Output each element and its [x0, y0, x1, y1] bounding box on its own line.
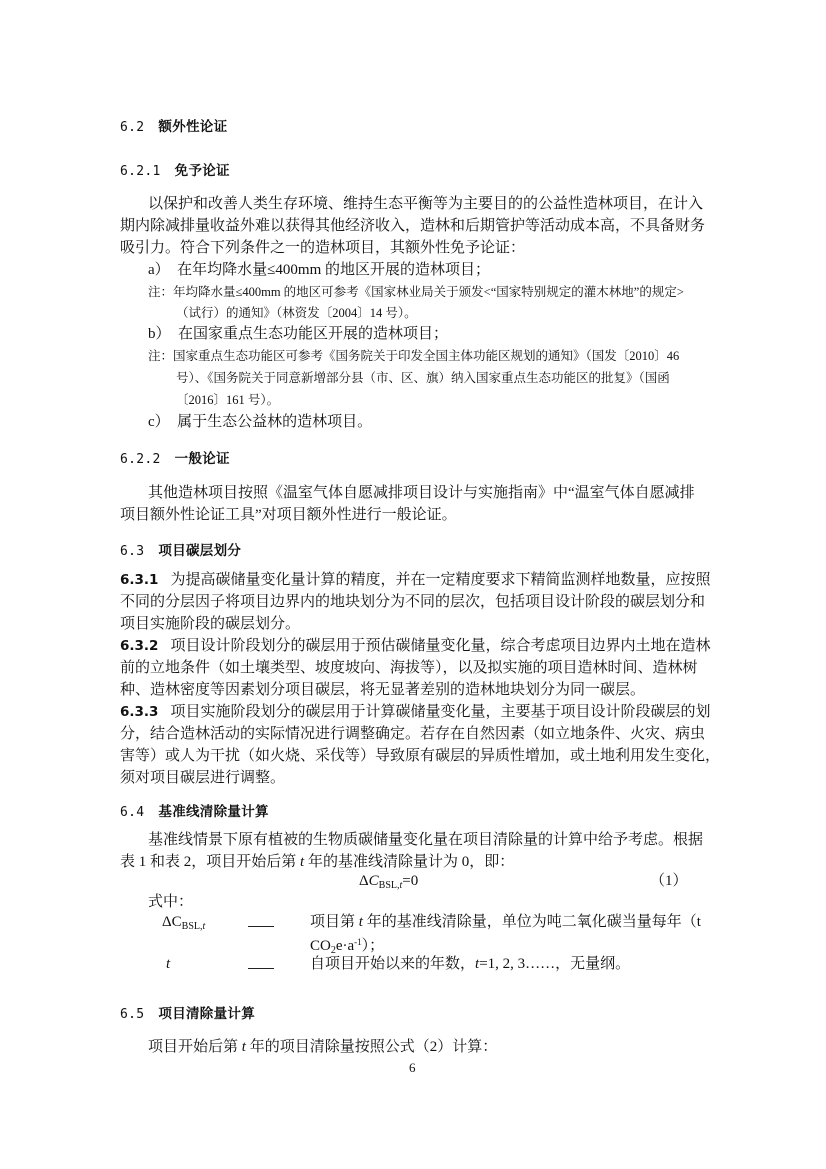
- heading-6-2-2: 6.2.2一般论证: [120, 447, 230, 467]
- heading-6-3: 6.3项目碳层划分: [120, 539, 241, 559]
- def-symbol: ΔCBSL,t: [162, 912, 205, 937]
- clause-number: 6.3.1: [120, 572, 158, 588]
- superscript: -1: [354, 937, 362, 947]
- heading-6-4: 6.4基准线清除量计算: [120, 800, 269, 820]
- note-line: （试行）的通知》（林资发〔2004〕14 号）。: [176, 302, 417, 324]
- section-title: 项目清除量计算: [158, 1006, 255, 1022]
- text-run: 项目开始后第: [148, 1039, 242, 1055]
- list-text: 属于生态公益林的造林项目。: [177, 414, 372, 430]
- section-number: 6.2: [120, 120, 144, 135]
- clause-6-3-3: 6.3.3项目实施阶段划分的碳层用于计算碳储量变化量，主要基于项目设计阶段碳层的…: [120, 702, 710, 723]
- def-description: 项目第 t 年的基准线清除量，单位为吨二氧化碳当量每年（t: [310, 912, 701, 933]
- paragraph-line: 分，结合造林活动的实际情况进行调整确定。若存在自然因素（如立地条件、火灾、病虫: [120, 724, 705, 745]
- text-run: 项目第: [310, 914, 359, 930]
- page-number: 6: [409, 1060, 416, 1076]
- equation-number: （1）: [650, 871, 688, 892]
- paragraph-line: 为提高碳储量变化量计算的精度，并在一定精度要求下精简监测样地数量，应按照: [170, 572, 710, 588]
- paragraph-line: 表 1 和表 2，项目开始后第 t 年的基准线清除量计为 0，即：: [120, 852, 514, 873]
- clause-number: 6.3.2: [120, 638, 158, 654]
- clause-6-3-2: 6.3.2项目设计阶段划分的碳层用于预估碳储量变化量，综合考虑项目边界内土地在造…: [120, 636, 710, 657]
- heading-6-2-1: 6.2.1免予论证: [120, 159, 230, 179]
- section-title: 项目碳层划分: [158, 543, 241, 559]
- formula-rhs: =0: [402, 873, 418, 889]
- text-run: =1, 2, 3……，无量纲。: [479, 956, 630, 972]
- text-run: ）；: [362, 938, 385, 954]
- list-label: a）: [148, 262, 170, 278]
- heading-6-2: 6.2额外性论证: [120, 115, 227, 135]
- section-number: 6.2.1: [120, 164, 161, 179]
- list-text: 在年均降水量≤400mm 的地区开展的造林项目；: [177, 262, 490, 278]
- section-title: 免予论证: [175, 163, 230, 179]
- section-number: 6.5: [120, 1007, 144, 1022]
- note-line: 〔2016〕161 号）。: [176, 389, 279, 411]
- subscript: BSL,: [182, 921, 203, 932]
- list-text: 在国家重点生态功能区开展的造林项目；: [178, 326, 448, 342]
- subscript: BSL,: [379, 880, 400, 891]
- subscript-var: t: [203, 921, 206, 932]
- note-line: 号）、《国务院关于同意新增部分县（市、区、旗）纳入国家重点生态功能区的批复》（国…: [176, 367, 670, 389]
- text-run: 表 1 和表 2，项目开始后第: [120, 854, 300, 870]
- paragraph-line: 前的立地条件（如土壤类型、坡度坡向、海拔等），以及拟实施的项目造林时间、造林树: [120, 658, 698, 679]
- def-symbol: t: [166, 954, 170, 975]
- paragraph-line: 种、造林密度等因素划分项目碳层，将无显著差别的造林地块划分为同一碳层。: [120, 680, 645, 701]
- section-number: 6.4: [120, 805, 144, 820]
- paragraph-line: 期内除减排量收益外难以获得其他经济收入，造林和后期管护等活动成本高，不具备财务: [120, 216, 705, 237]
- paragraph-line: 项目实施阶段的碳层划分。: [120, 614, 300, 635]
- note-line: 注：年均降水量≤400mm 的地区可参考《国家林业局关于颁发<“国家特别规定的灌…: [148, 281, 684, 303]
- heading-6-5: 6.5项目清除量计算: [120, 1002, 255, 1022]
- text-run: 自项目开始以来的年数，: [310, 956, 475, 972]
- text-run: CO: [310, 938, 331, 954]
- list-label: b）: [148, 326, 171, 342]
- paragraph-line: 以保护和改善人类生存环境、维持生态平衡等为主要目的的公益性造林项目，在计入: [148, 194, 703, 215]
- paragraph-line: 项目开始后第 t 年的项目清除量按照公式（2）计算：: [148, 1037, 497, 1058]
- clause-number: 6.3.3: [120, 704, 158, 720]
- section-number: 6.2.2: [120, 452, 161, 467]
- paragraph-line: 害等）或人为干扰（如火烧、采伐等）导致原有碳层的异质性增加，或土地利用发生变化，: [120, 746, 720, 767]
- text-run: 年的基准线清除量，单位为吨二氧化碳当量每年（t: [363, 914, 701, 930]
- dash-separator: [248, 917, 274, 935]
- clause-6-3-1: 6.3.1为提高碳储量变化量计算的精度，并在一定精度要求下精简监测样地数量，应按…: [120, 570, 710, 591]
- symbol: ΔC: [162, 914, 182, 930]
- list-label: c）: [148, 414, 170, 430]
- paragraph-line: 吸引力。符合下列条件之一的造林项目，其额外性免予论证：: [120, 238, 525, 259]
- variable: C: [369, 873, 379, 889]
- list-item-c: c） 属于生态公益林的造林项目。: [148, 412, 372, 433]
- paragraph-line: 项目额外性论证工具”对项目额外性进行一般论证。: [120, 505, 457, 526]
- formula-1: ΔCBSL,t=0: [359, 871, 418, 896]
- text-run: 年的基准线清除量计为 0，即：: [304, 854, 514, 870]
- section-title: 一般论证: [175, 451, 230, 467]
- delta-symbol: Δ: [359, 873, 369, 889]
- list-item-a: a） 在年均降水量≤400mm 的地区开展的造林项目；: [148, 260, 490, 281]
- paragraph-line: 不同的分层因子将项目边界内的地块划分为不同的层次，包括项目设计阶段的碳层划分和: [120, 592, 705, 613]
- paragraph-line: 项目实施阶段划分的碳层用于计算碳储量变化量，主要基于项目设计阶段碳层的划: [170, 704, 710, 720]
- paragraph-line: 基准线情景下原有植被的生物质碳储量变化量在项目清除量的计算中给予考虑。根据: [148, 830, 703, 851]
- paragraph-line: 须对项目碳层进行调整。: [120, 768, 285, 789]
- text-run: e·a: [336, 938, 354, 954]
- paragraph-line: 项目设计阶段划分的碳层用于预估碳储量变化量，综合考虑项目边界内土地在造林: [170, 638, 710, 654]
- section-title: 基准线清除量计算: [158, 804, 268, 820]
- note-line: 注：国家重点生态功能区可参考《国务院关于印发全国主体功能区规划的通知》（国发〔2…: [148, 345, 679, 367]
- dash-separator: [248, 959, 274, 977]
- list-item-b: b） 在国家重点生态功能区开展的造林项目；: [148, 324, 448, 345]
- document-page: 6.2额外性论证 6.2.1免予论证 以保护和改善人类生存环境、维持生态平衡等为…: [0, 0, 826, 1169]
- section-number: 6.3: [120, 544, 144, 559]
- section-title: 额外性论证: [158, 119, 227, 135]
- text-run: 年的项目清除量按照公式（2）计算：: [246, 1039, 497, 1055]
- def-description: 自项目开始以来的年数，t=1, 2, 3……，无量纲。: [310, 954, 630, 975]
- where-label: 式中：: [148, 892, 193, 913]
- paragraph-line: 其他造林项目按照《温室气体自愿减排项目设计与实施指南》中“温室气体自愿减排: [148, 483, 695, 504]
